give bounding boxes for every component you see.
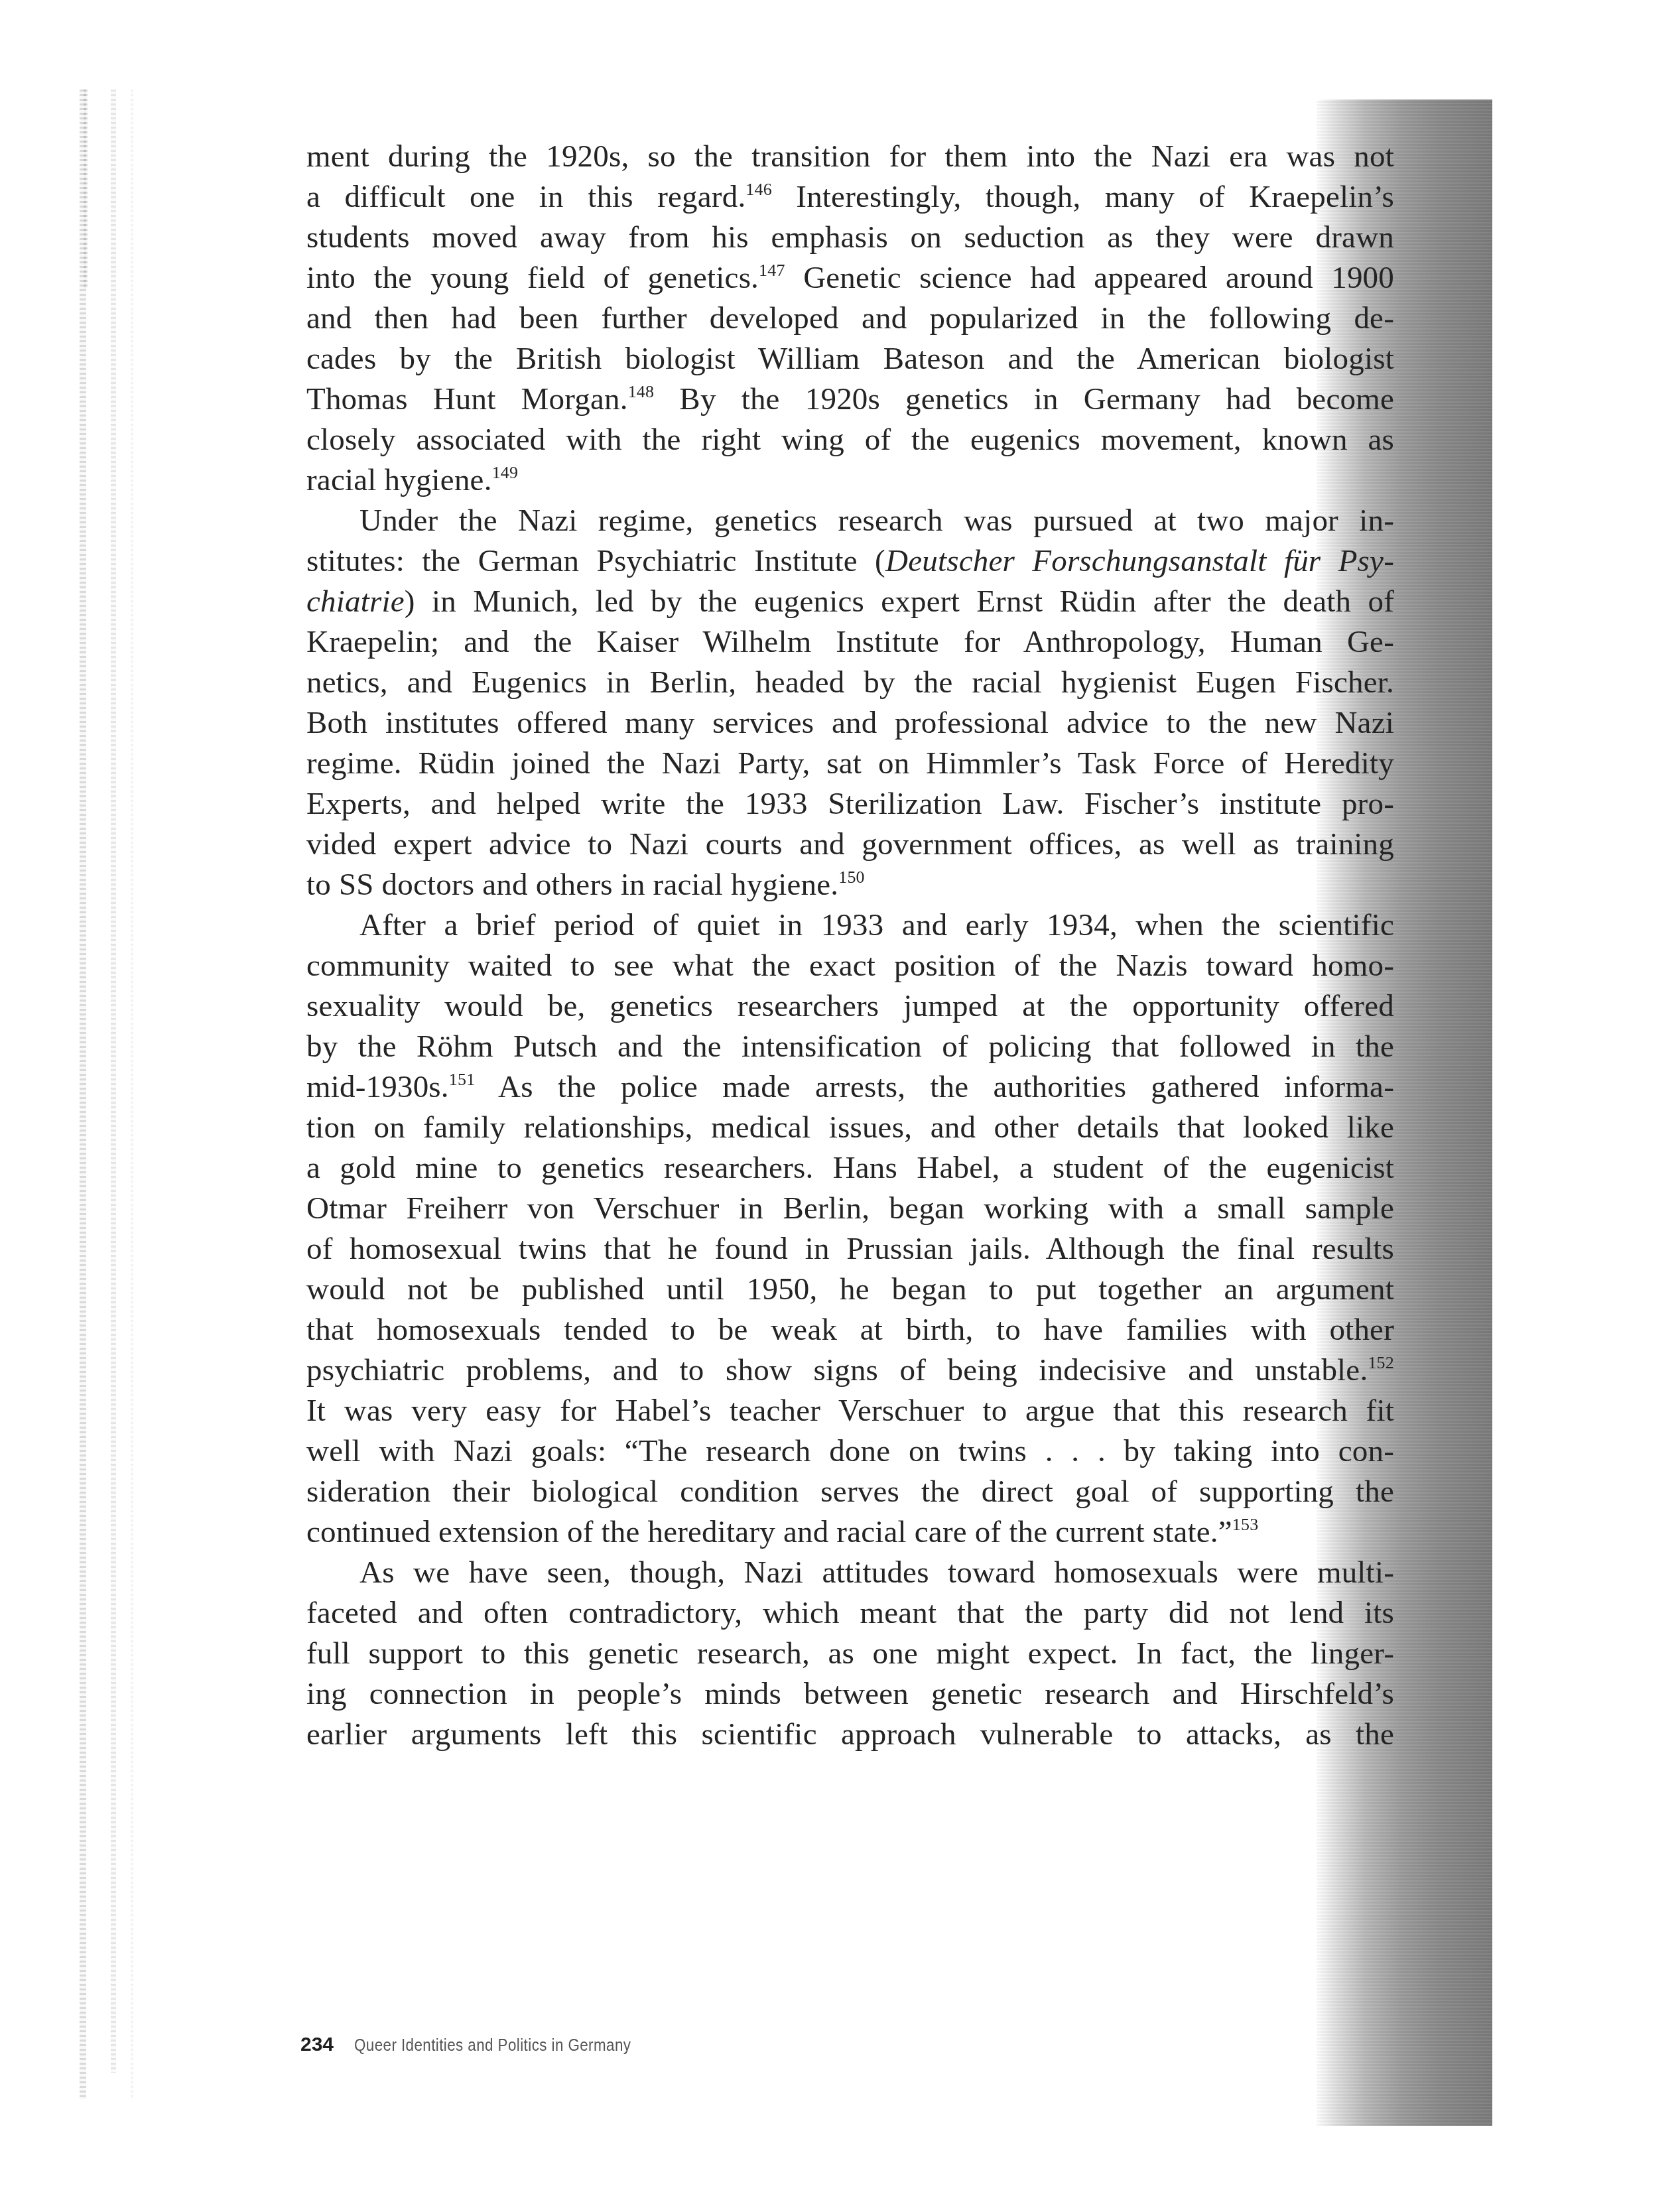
line-text: and then had been further developed and …	[306, 301, 1394, 336]
line-text: Both institutes offered many services an…	[306, 706, 1394, 740]
footnote-ref: 146	[745, 180, 772, 199]
text-line: ment during the 1920s, so the transition…	[306, 137, 1394, 177]
line-text: a gold mine to genetics researchers. Han…	[306, 1151, 1394, 1185]
line-text: stitutes: the German Psychiatric Institu…	[306, 544, 885, 578]
line-text: closely associated with the right wing o…	[306, 422, 1394, 457]
text-line: would not be published until 1950, he be…	[306, 1269, 1394, 1310]
text-line: continued extension of the hereditary an…	[306, 1512, 1394, 1553]
text-line: of homosexual twins that he found in Pru…	[306, 1229, 1394, 1269]
text-line: by the Röhm Putsch and the intensificati…	[306, 1027, 1394, 1067]
line-text: Thomas Hunt Morgan.	[306, 382, 628, 417]
text-line: community waited to see what the exact p…	[306, 946, 1394, 986]
line-text: sideration their biological condition se…	[306, 1474, 1394, 1509]
line-text: would not be published until 1950, he be…	[306, 1272, 1394, 1307]
line-text: racial hygiene.	[306, 463, 492, 497]
text-line: Both institutes offered many services an…	[306, 703, 1394, 744]
text-line: Kraepelin; and the Kaiser Wilhelm Instit…	[306, 622, 1394, 663]
scanner-streaks	[74, 90, 137, 2099]
line-text: regime. Rüdin joined the Nazi Party, sat…	[306, 746, 1394, 781]
text-line: closely associated with the right wing o…	[306, 420, 1394, 460]
line-text: full support to this genetic research, a…	[306, 1636, 1394, 1671]
text-line: Experts, and helped write the 1933 Steri…	[306, 784, 1394, 824]
footnote-ref: 147	[759, 261, 785, 280]
line-text: mid-1930s.	[306, 1070, 449, 1104]
line-text: to SS doctors and others in racial hygie…	[306, 868, 838, 902]
text-line: mid-1930s.151 As the police made arrests…	[306, 1067, 1394, 1108]
line-text: It was very easy for Habel’s teacher Ver…	[306, 1394, 1394, 1428]
line-text: tion on family relationships, medical is…	[306, 1110, 1394, 1145]
text-line: Under the Nazi regime, genetics research…	[359, 501, 1394, 541]
running-title: Queer Identities and Politics in Germany	[354, 2035, 631, 2055]
line-text: After a brief period of quiet in 1933 an…	[359, 908, 1394, 942]
line-text: faceted and often contradictory, which m…	[306, 1596, 1394, 1630]
line-text: continued extension of the hereditary an…	[306, 1515, 1232, 1549]
text-line: netics, and Eugenics in Berlin, headed b…	[306, 663, 1394, 703]
text-line: Thomas Hunt Morgan.148 By the 1920s gene…	[306, 379, 1394, 420]
text-line: and then had been further developed and …	[306, 298, 1394, 339]
line-text: As we have seen, though, Nazi attitudes …	[359, 1555, 1394, 1590]
footnote-ref: 152	[1368, 1353, 1394, 1372]
text-line: As we have seen, though, Nazi attitudes …	[359, 1553, 1394, 1593]
text-line: ing connection in people’s minds between…	[306, 1674, 1394, 1715]
line-text: Genetic science had appeared around 1900	[785, 261, 1394, 295]
text-line: sideration their biological condition se…	[306, 1472, 1394, 1512]
footnote-ref: 149	[492, 463, 519, 482]
text-line: to SS doctors and others in racial hygie…	[306, 865, 1394, 905]
line-text: Experts, and helped write the 1933 Steri…	[306, 787, 1394, 821]
scanned-book-page: ment during the 1920s, so the transition…	[0, 0, 1680, 2204]
text-line: faceted and often contradictory, which m…	[306, 1593, 1394, 1634]
line-text: a difficult one in this regard.	[306, 180, 745, 214]
line-text: Under the Nazi regime, genetics research…	[359, 503, 1394, 538]
text-line: Otmar Freiherr von Verschuer in Berlin, …	[306, 1189, 1394, 1229]
footnote-ref: 150	[838, 868, 865, 887]
line-text: earlier arguments left this scientific a…	[306, 1717, 1394, 1752]
text-line: psychiatric problems, and to show signs …	[306, 1350, 1394, 1391]
line-text: vided expert advice to Nazi courts and g…	[306, 827, 1394, 862]
text-line: vided expert advice to Nazi courts and g…	[306, 824, 1394, 865]
text-line: sexuality would be, genetics researchers…	[306, 986, 1394, 1027]
line-text: of homosexual twins that he found in Pru…	[306, 1232, 1394, 1266]
italic-title: Deutscher Forschungsanstalt für Psy-	[885, 544, 1394, 578]
line-text: Interestingly, though, many of Kraepelin…	[772, 180, 1394, 214]
text-line: racial hygiene.149	[306, 460, 1394, 501]
line-text: well with Nazi goals: “The research done…	[306, 1434, 1394, 1468]
text-line: earlier arguments left this scientific a…	[306, 1715, 1394, 1755]
line-text: students moved away from his emphasis on…	[306, 220, 1394, 255]
line-text: that homosexuals tended to be weak at bi…	[306, 1313, 1394, 1347]
line-text: Otmar Freiherr von Verschuer in Berlin, …	[306, 1191, 1394, 1226]
text-line: It was very easy for Habel’s teacher Ver…	[306, 1391, 1394, 1431]
text-line: a difficult one in this regard.146 Inter…	[306, 177, 1394, 218]
italic-title: chiatrie	[306, 584, 405, 619]
text-line: students moved away from his emphasis on…	[306, 218, 1394, 258]
line-text: ing connection in people’s minds between…	[306, 1677, 1394, 1711]
footnote-ref: 151	[449, 1070, 476, 1089]
line-text: into the young field of genetics.	[306, 261, 759, 295]
footnote-ref: 153	[1232, 1515, 1259, 1534]
text-line: stitutes: the German Psychiatric Institu…	[306, 541, 1394, 582]
text-line: well with Nazi goals: “The research done…	[306, 1431, 1394, 1472]
line-text: netics, and Eugenics in Berlin, headed b…	[306, 665, 1394, 700]
line-text: by the Röhm Putsch and the intensificati…	[306, 1029, 1394, 1064]
text-line: full support to this genetic research, a…	[306, 1634, 1394, 1674]
text-line: a gold mine to genetics researchers. Han…	[306, 1148, 1394, 1189]
text-line: that homosexuals tended to be weak at bi…	[306, 1310, 1394, 1350]
text-line: After a brief period of quiet in 1933 an…	[359, 905, 1394, 946]
text-line: chiatrie) in Munich, led by the eugenics…	[306, 582, 1394, 622]
line-text: As the police made arrests, the authorit…	[475, 1070, 1394, 1104]
line-text: By the 1920s genetics in Germany had bec…	[654, 382, 1394, 417]
text-line: regime. Rüdin joined the Nazi Party, sat…	[306, 744, 1394, 784]
text-line: tion on family relationships, medical is…	[306, 1108, 1394, 1148]
line-text: cades by the British biologist William B…	[306, 342, 1394, 376]
line-text: ment during the 1920s, so the transition…	[306, 139, 1394, 174]
line-text: ) in Munich, led by the eugenics expert …	[405, 584, 1394, 619]
line-text: sexuality would be, genetics researchers…	[306, 989, 1394, 1023]
line-text: psychiatric problems, and to show signs …	[306, 1353, 1368, 1388]
page-number: 234	[300, 2034, 334, 2055]
text-line: cades by the British biologist William B…	[306, 339, 1394, 379]
line-text: community waited to see what the exact p…	[306, 948, 1394, 983]
text-line: into the young field of genetics.147 Gen…	[306, 258, 1394, 298]
footnote-ref: 148	[628, 382, 655, 401]
page-footer: 234 Queer Identities and Politics in Ger…	[300, 2034, 676, 2056]
line-text: Kraepelin; and the Kaiser Wilhelm Instit…	[306, 625, 1394, 659]
